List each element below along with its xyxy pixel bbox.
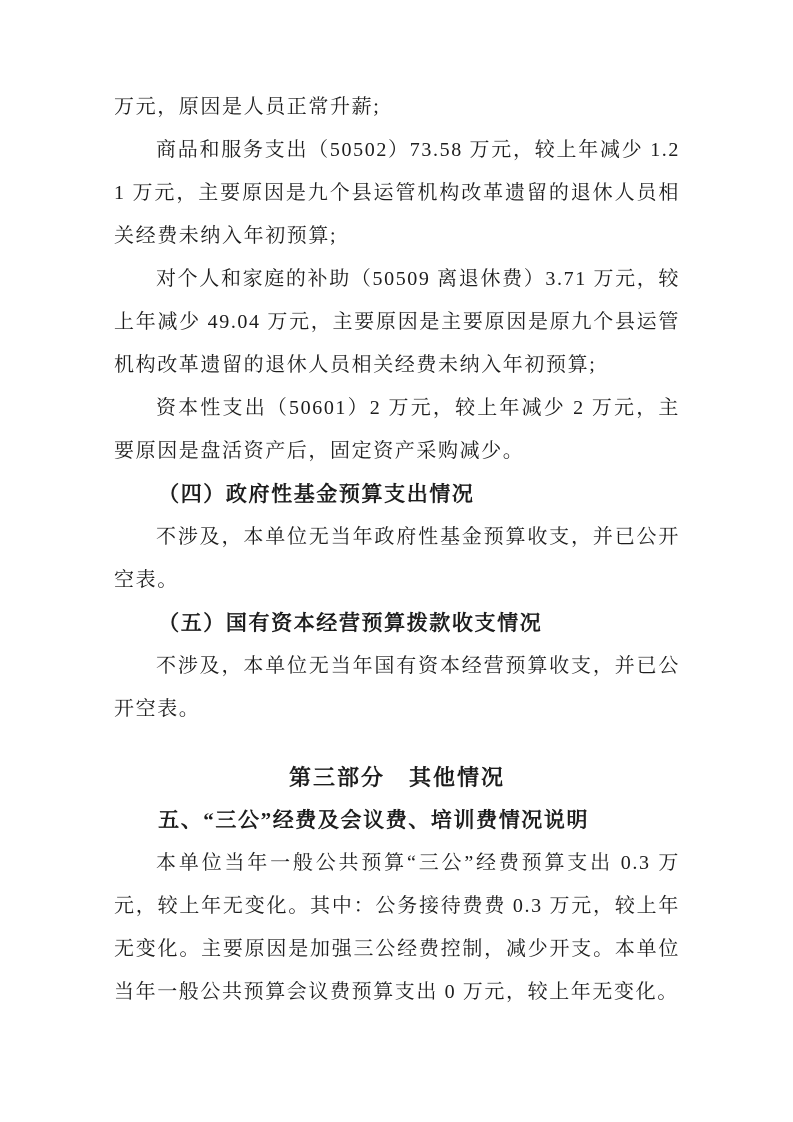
- document-body: 万元，原因是人员正常升薪;商品和服务支出（50502）73.58 万元，较上年减…: [114, 86, 680, 1014]
- para-salary-increase-continuation: 万元，原因是人员正常升薪;: [114, 86, 680, 129]
- heading-section-four-government-fund: （四）政府性基金预算支出情况: [114, 473, 680, 516]
- part-three-title: 第三部分 其他情况: [114, 756, 680, 799]
- para-individual-family-subsidies: 对个人和家庭的补助（50509 离退休费）3.71 万元，较上年减少 49.04…: [114, 258, 680, 387]
- para-state-capital-not-involved: 不涉及，本单位无当年国有资本经营预算收支，并已公开空表。: [114, 645, 680, 731]
- heading-section-five-state-capital: （五）国有资本经营预算拨款收支情况: [114, 602, 680, 645]
- heading-three-public-funds: 五、“三公”经费及会议费、培训费情况说明: [114, 799, 680, 842]
- para-government-fund-not-involved: 不涉及，本单位无当年政府性基金预算收支，并已公开空表。: [114, 516, 680, 602]
- para-goods-services-expenditure: 商品和服务支出（50502）73.58 万元，较上年减少 1.21 万元，主要原…: [114, 129, 680, 258]
- para-three-public-funds-detail: 本单位当年一般公共预算“三公”经费预算支出 0.3 万元，较上年无变化。其中：公…: [114, 842, 680, 1014]
- document-page: 万元，原因是人员正常升薪;商品和服务支出（50502）73.58 万元，较上年减…: [0, 0, 793, 1122]
- para-capital-expenditure: 资本性支出（50601）2 万元，较上年减少 2 万元，主要原因是盘活资产后，固…: [114, 387, 680, 473]
